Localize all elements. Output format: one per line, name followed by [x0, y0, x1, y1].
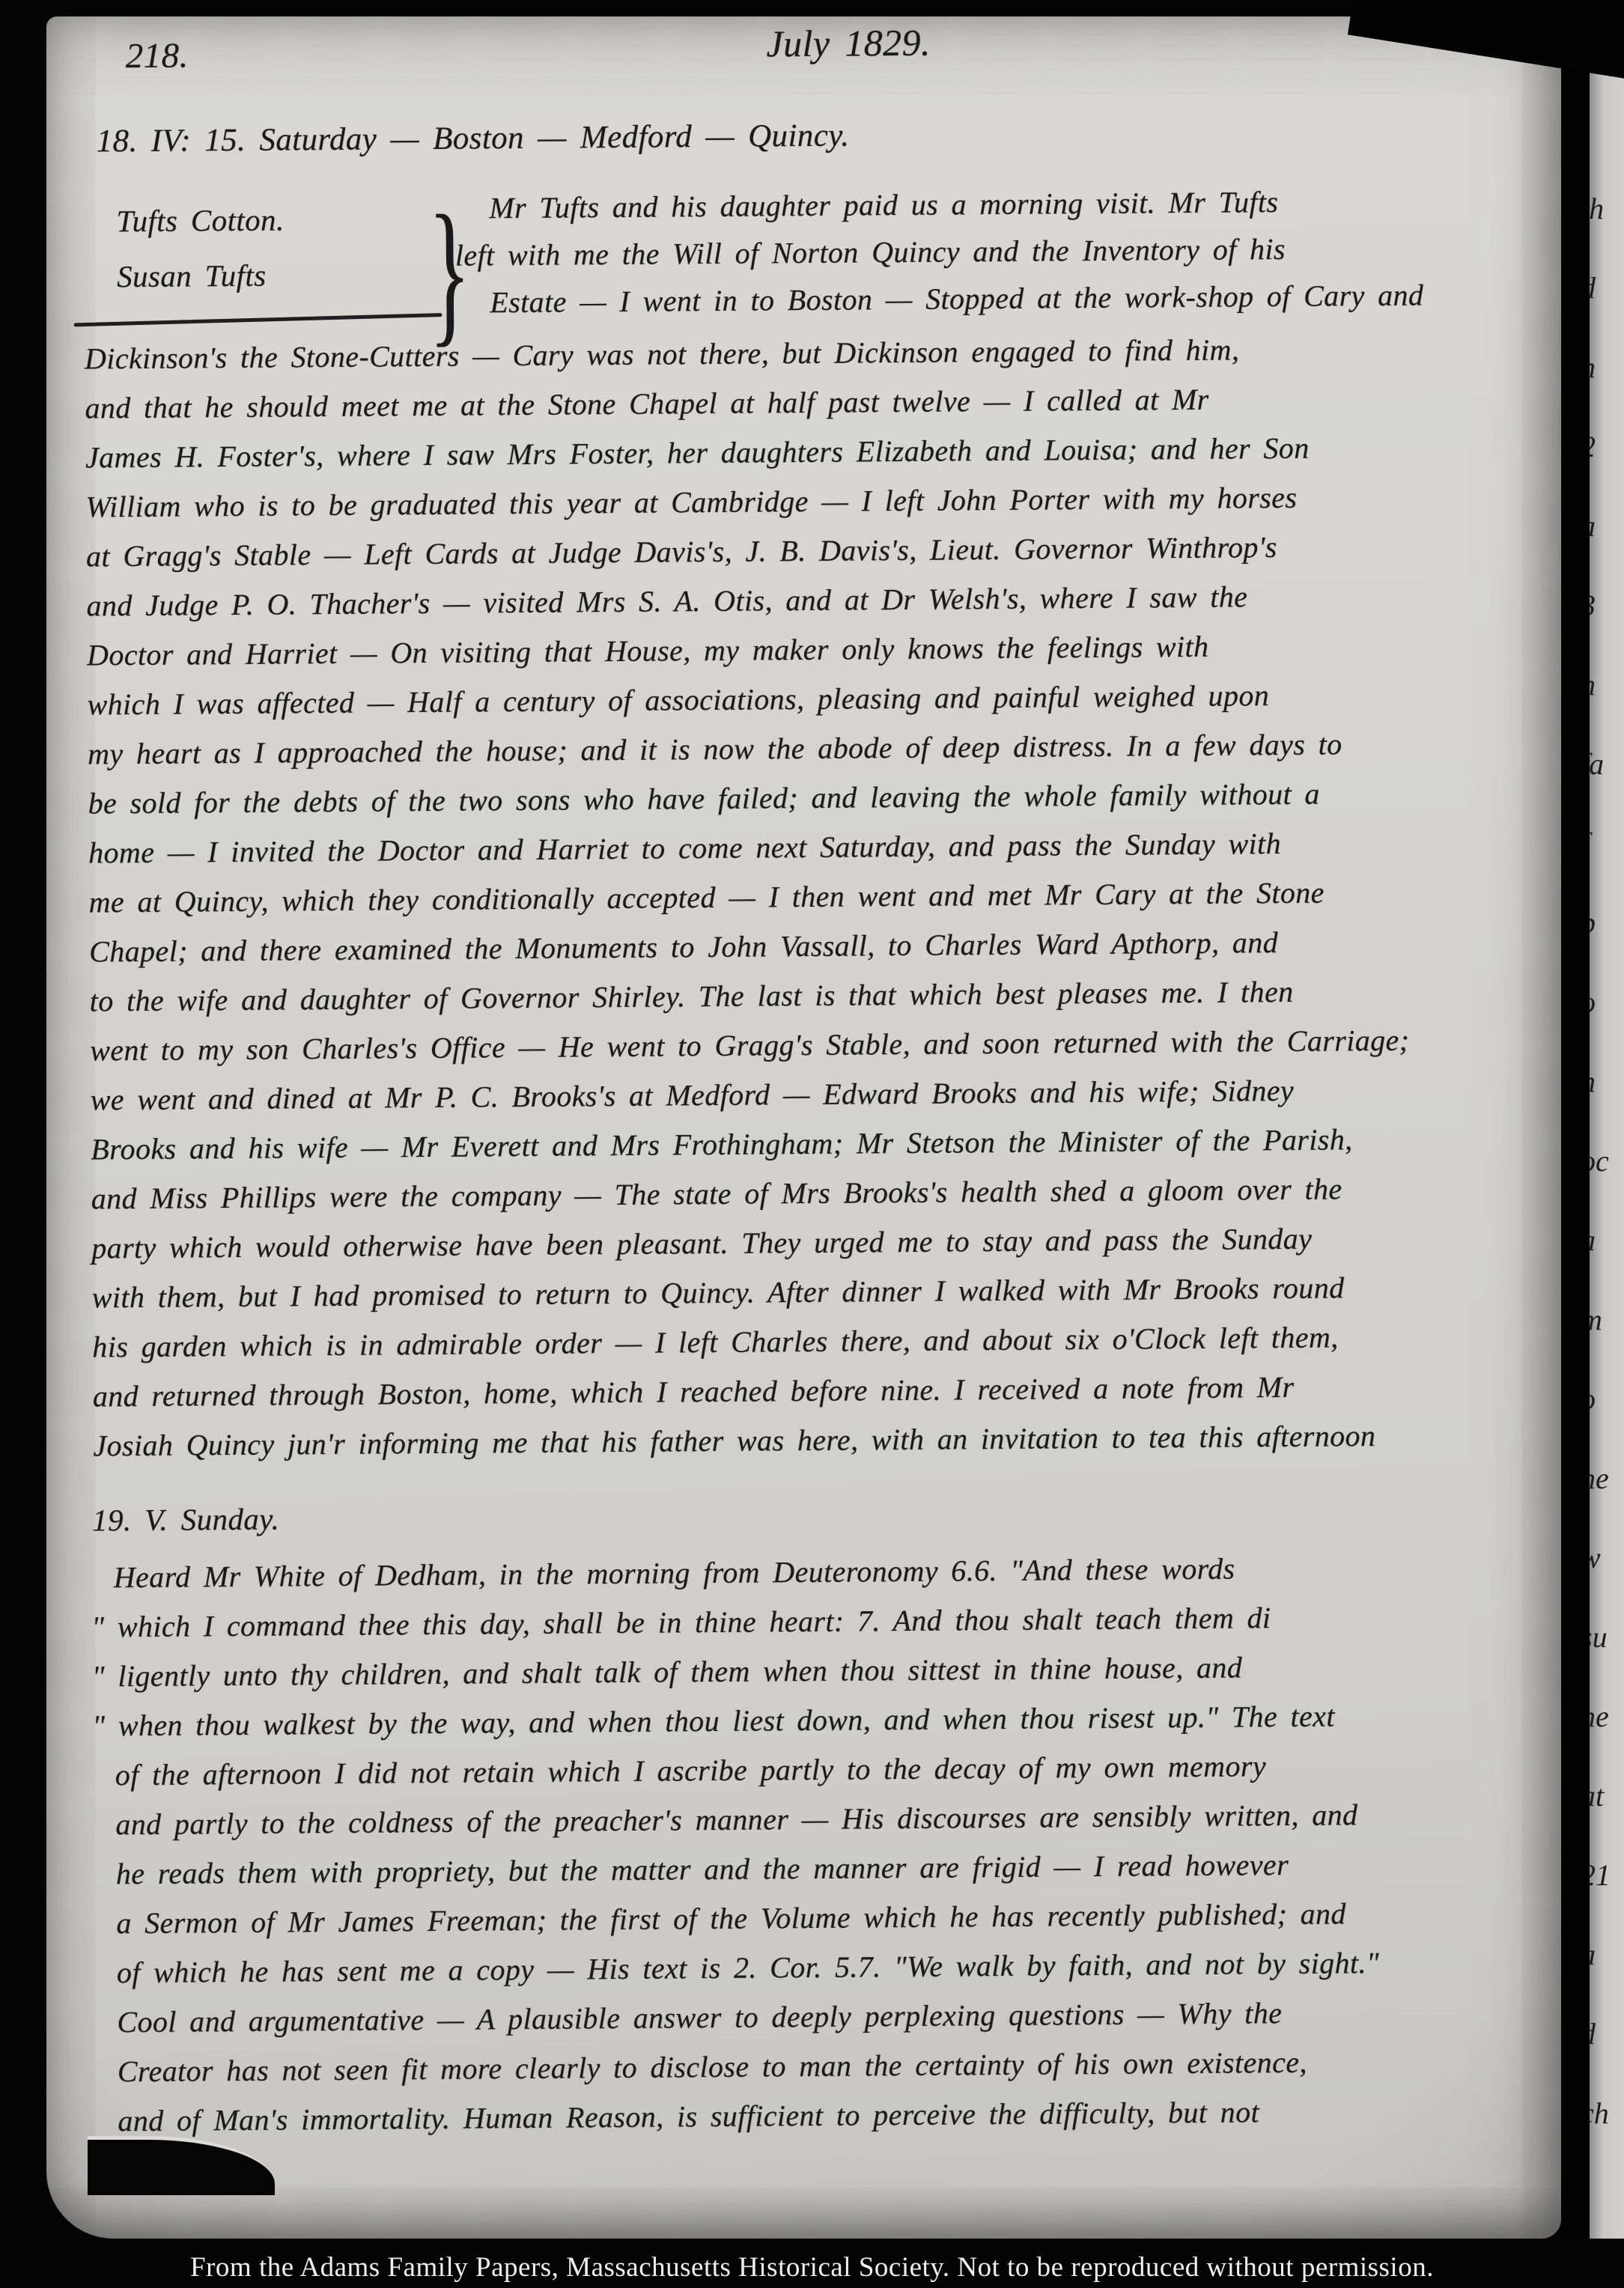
page-content: 218. July 1829. 18. IV: 15. Saturday — B… — [46, 5, 1578, 2239]
manuscript-line: Mr Tufts and his daughter paid us a morn… — [489, 177, 1423, 232]
facing-page-edge: tthdh2a3hfafpohocamohewsuheat21adch — [1590, 0, 1624, 2239]
month-header: July 1829. — [46, 16, 1560, 71]
margin-names: Tufts Cotton.Susan Tufts — [116, 191, 469, 305]
margin-underline — [74, 313, 443, 326]
edge-text-fragment: 21 — [1590, 1836, 1624, 1915]
edge-text-fragment: he — [1590, 1677, 1624, 1756]
entry-heading-july-18: 18. IV: 15. Saturday — Boston — Medford … — [96, 118, 849, 160]
edge-text-fragment: a — [1590, 487, 1624, 566]
manuscript-line: and of Man's immortality. Human Reason, … — [118, 2087, 1381, 2146]
archive-caption: From the Adams Family Papers, Massachuse… — [0, 2251, 1624, 2284]
edge-text-fragment: m — [1590, 1280, 1624, 1360]
edge-text-fragment: w — [1590, 1518, 1624, 1598]
edge-text-fragment: h — [1590, 1042, 1624, 1122]
entry-heading-july-19: 19. V. Sunday. — [92, 1501, 279, 1539]
edge-text-fragment: o — [1590, 1360, 1624, 1439]
book-gutter-shadow — [1561, 0, 1590, 2239]
edge-text-fragment: ch — [1590, 2074, 1624, 2153]
margin-name: Tufts Cotton. — [116, 191, 469, 249]
edge-text-fragment: a — [1590, 1915, 1624, 1995]
edge-text-fragment: h — [1590, 328, 1624, 407]
edge-text-fragment: p — [1590, 883, 1624, 963]
manuscript-line: Josiah Quincy jun'r informing me that hi… — [93, 1411, 1413, 1471]
edge-text-fragment: oc — [1590, 1122, 1624, 1201]
edge-text-fragment: f — [1590, 804, 1624, 883]
edge-text-fragment: a — [1590, 1201, 1624, 1280]
entry-18-body-lines: Dickinson's the Stone-Cutters — Cary was… — [85, 324, 1413, 1471]
diary-page: 218. July 1829. 18. IV: 15. Saturday — B… — [46, 16, 1561, 2239]
edge-text-fragment: 3 — [1590, 566, 1624, 645]
edge-text-fragment: he — [1590, 1439, 1624, 1518]
edge-text-fragment: h — [1590, 645, 1624, 725]
edge-text-fragment: d — [1590, 249, 1624, 328]
manuscript-line: left with me the Will of Norton Quincy a… — [455, 225, 1423, 279]
manuscript-line: Estate — I went in to Boston — Stopped a… — [490, 272, 1423, 326]
manuscript-scan: 218. July 1829. 18. IV: 15. Saturday — B… — [0, 0, 1624, 2288]
edge-text-fragment: su — [1590, 1598, 1624, 1677]
edge-text-fragment: d — [1590, 1995, 1624, 2074]
margin-name: Susan Tufts — [117, 246, 469, 305]
entry-18-opening-lines: Mr Tufts and his daughter paid us a morn… — [489, 177, 1423, 326]
entry-19-body-lines: Heard Mr White of Dedham, in the morning… — [113, 1543, 1380, 2146]
edge-text-fragment: o — [1590, 963, 1624, 1042]
edge-text-fragment: th — [1590, 169, 1624, 249]
edge-text-fragment: fa — [1590, 725, 1624, 804]
edge-text-fragment: 2 — [1590, 407, 1624, 487]
edge-text-fragment: t — [1590, 90, 1624, 169]
edge-text-fragment: at — [1590, 1756, 1624, 1836]
